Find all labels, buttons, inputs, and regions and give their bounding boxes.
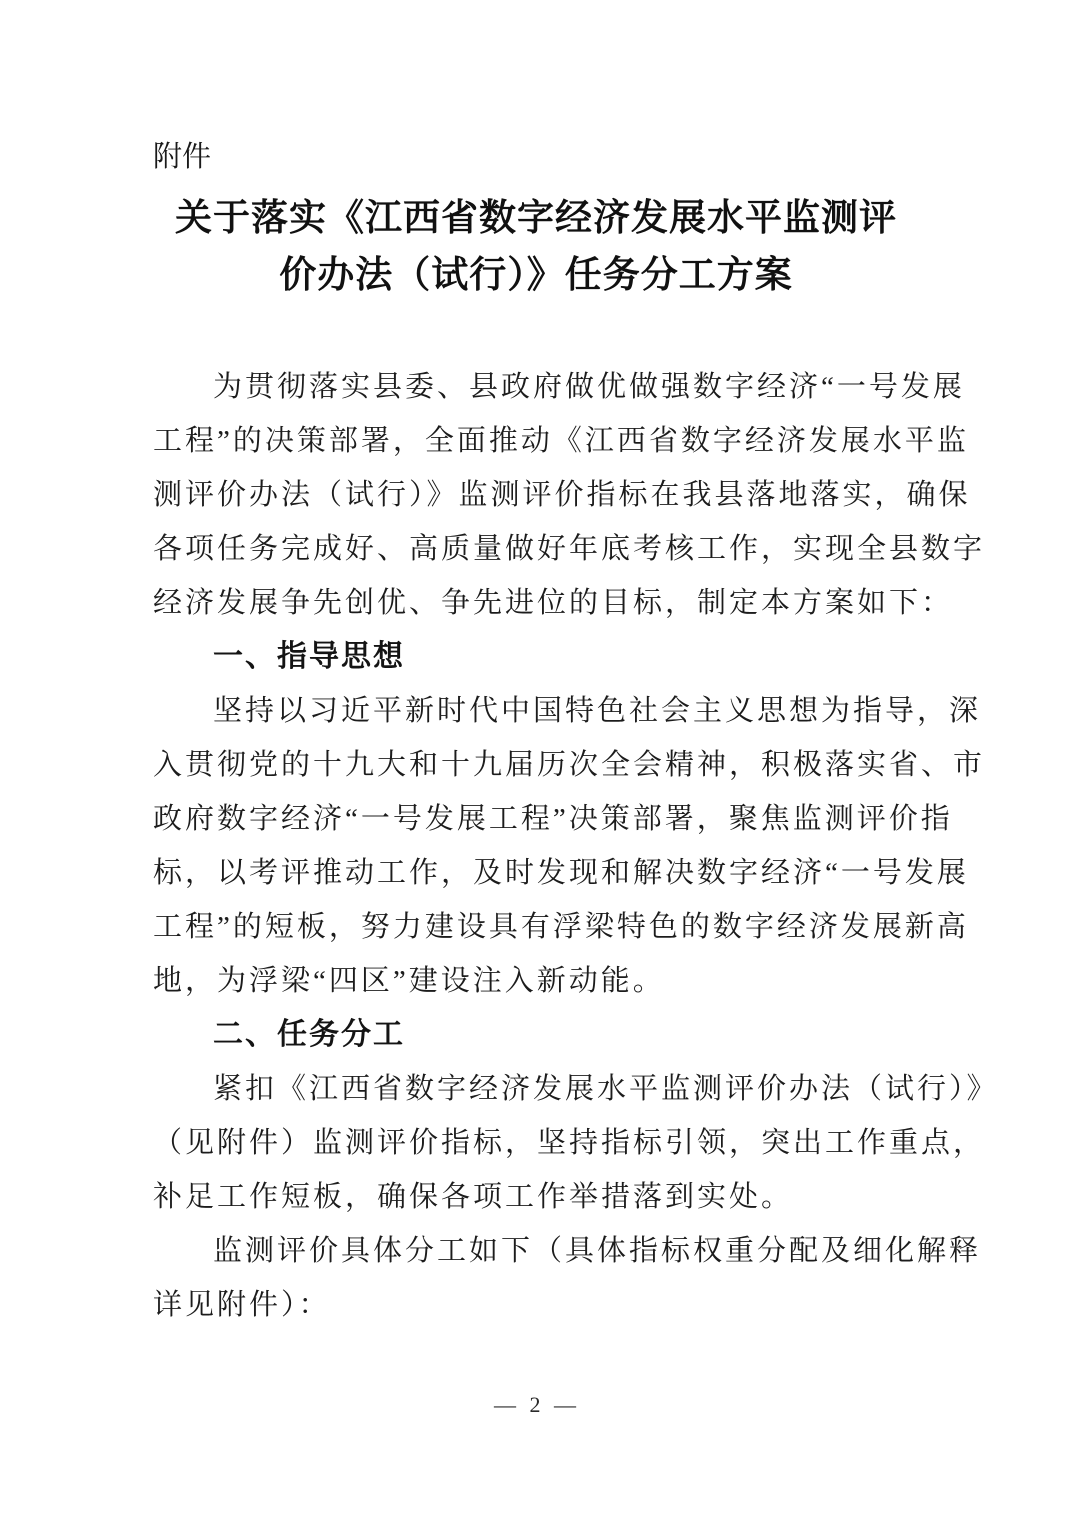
section2-line: （见附件）监测评价指标，坚持指标引领，突出工作重点， (153, 1116, 919, 1170)
section1-line: 政府数字经济“一号发展工程”决策部署，聚焦监测评价指 (153, 792, 919, 846)
section2-line: 补足工作短板，确保各项工作举措落到实处。 (153, 1170, 919, 1224)
page-content: 附件 关于落实《江西省数字经济发展水平监测评 价办法（试行）》任务分工方案 为贯… (153, 140, 919, 1332)
closing-line: 详见附件）： (153, 1278, 919, 1332)
intro-line: 各项任务完成好、高质量做好年底考核工作，实现全县数字 (153, 522, 919, 576)
document-page: 附件 关于落实《江西省数字经济发展水平监测评 价办法（试行）》任务分工方案 为贯… (0, 0, 1074, 1520)
section1-line: 地，为浮梁“四区”建设注入新动能。 (153, 954, 919, 1008)
intro-line: 为贯彻落实县委、县政府做优做强数字经济“一号发展 (153, 360, 919, 414)
document-title: 关于落实《江西省数字经济发展水平监测评 价办法（试行）》任务分工方案 (153, 190, 919, 304)
page-number: — 2 — (0, 1392, 1074, 1418)
closing-line: 监测评价具体分工如下（具体指标权重分配及细化解释 (153, 1224, 919, 1278)
section2-heading: 二、任务分工 (153, 1008, 919, 1062)
intro-line: 测评价办法（试行）》监测评价指标在我县落地落实，确保 (153, 468, 919, 522)
section1-heading: 一、指导思想 (153, 630, 919, 684)
section2-line: 紧扣《江西省数字经济发展水平监测评价办法（试行）》 (153, 1062, 919, 1116)
document-body: 为贯彻落实县委、县政府做优做强数字经济“一号发展 工程”的决策部署，全面推动《江… (153, 360, 919, 1332)
intro-line: 工程”的决策部署，全面推动《江西省数字经济发展水平监 (153, 414, 919, 468)
section1-line: 入贯彻党的十九大和十九届历次全会精神，积极落实省、市 (153, 738, 919, 792)
intro-line: 经济发展争先创优、争先进位的目标，制定本方案如下： (153, 576, 919, 630)
title-line-1: 关于落实《江西省数字经济发展水平监测评 (153, 190, 919, 247)
title-line-2: 价办法（试行）》任务分工方案 (153, 247, 919, 304)
section1-line: 标，以考评推动工作，及时发现和解决数字经济“一号发展 (153, 846, 919, 900)
section1-line: 工程”的短板，努力建设具有浮梁特色的数字经济发展新高 (153, 900, 919, 954)
attachment-label: 附件 (153, 140, 919, 174)
section1-line: 坚持以习近平新时代中国特色社会主义思想为指导，深 (153, 684, 919, 738)
